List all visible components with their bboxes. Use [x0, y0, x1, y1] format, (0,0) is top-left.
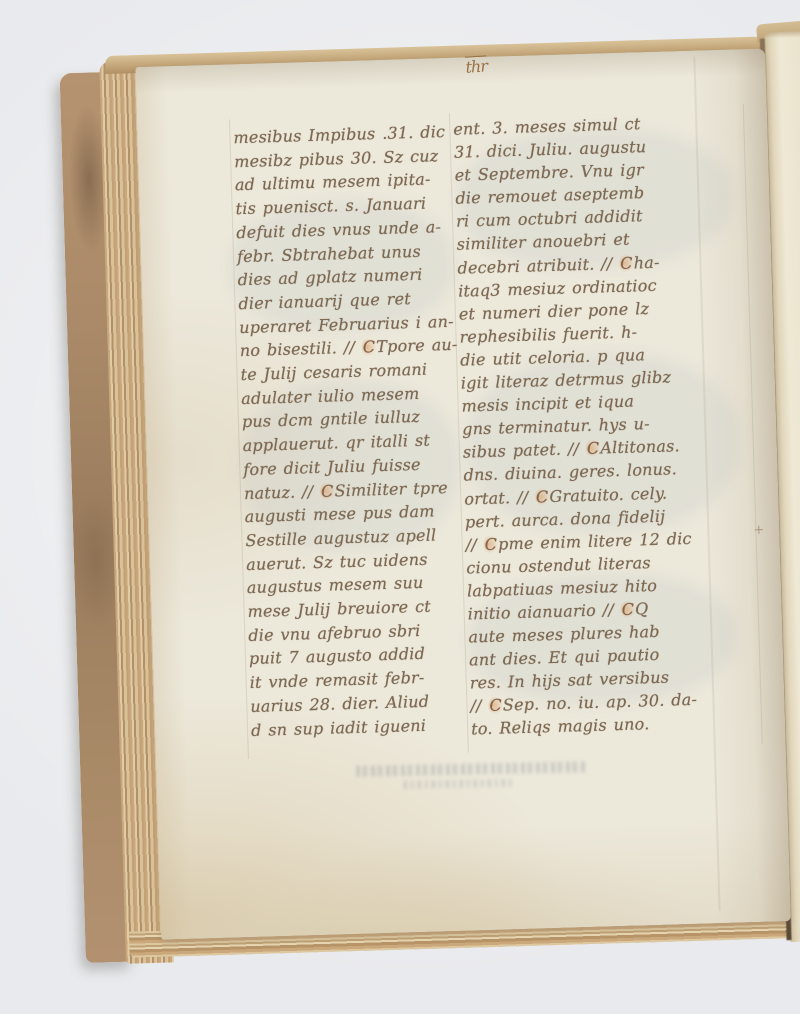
paraph-mark: C [488, 696, 503, 715]
manuscript-page: thr mesibus Impibus .31. dicmesibz pibus… [135, 48, 791, 939]
text-column-right: ent. 3. meses simul ct31. dici. Juliu. a… [453, 109, 767, 741]
manuscript-book: thr mesibus Impibus .31. dicmesibz pibus… [56, 5, 800, 971]
bleedthrough-mirrored-text [338, 761, 589, 798]
paraph-mark: C [620, 600, 635, 619]
paraph-mark: C [586, 439, 601, 458]
paraph-mark: C [362, 337, 377, 356]
paraph-mark: C [483, 534, 498, 553]
paraph-mark: C [320, 481, 335, 500]
paraph-mark: C [619, 253, 634, 272]
bleedthrough-line [356, 761, 586, 776]
bleedthrough-line [404, 779, 514, 789]
header-inscription: thr [465, 56, 488, 76]
photo-background: thr mesibus Impibus .31. dicmesibz pibus… [0, 0, 800, 1014]
paraph-mark: C [535, 487, 550, 506]
text-column-left: mesibus Impibus .31. dicmesibz pibus 30.… [233, 120, 471, 743]
margin-cross-mark: + [753, 523, 764, 538]
